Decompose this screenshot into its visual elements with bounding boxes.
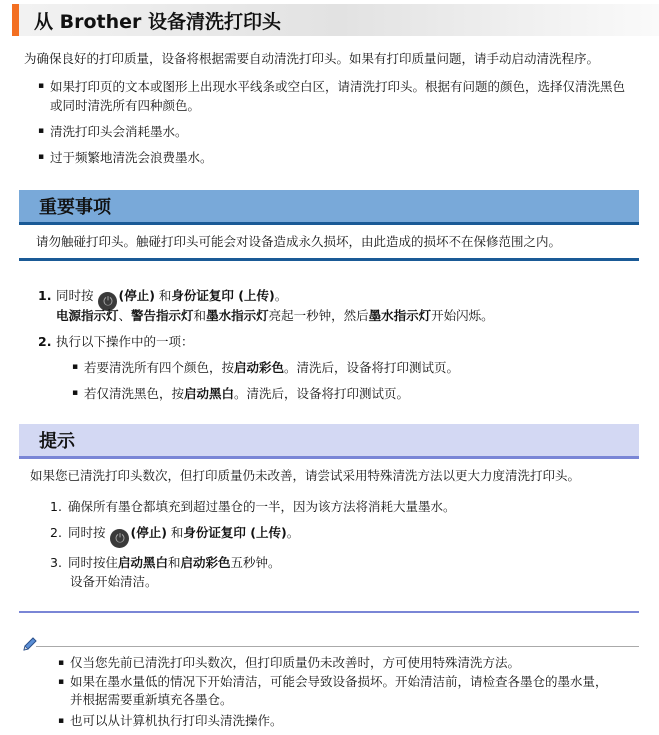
tip-bottom-rule bbox=[19, 611, 639, 613]
note-divider bbox=[36, 646, 639, 647]
important-header: 重要事项 bbox=[19, 190, 639, 225]
power-stop-icon: ⏻ bbox=[110, 529, 129, 548]
note-bullet: 如果在墨水量低的情况下开始清洁，可能会导致设备损坏。开始清洁前，请检查各墨仓的墨… bbox=[58, 673, 618, 709]
tip-step-2: 2. 同时按 ⏻(停止) 和身份证复印 (上传)。 bbox=[50, 523, 299, 548]
intro-bullet: 如果打印页的文本或图形上出现水平线条或空白区，请清洗打印头。根据有问题的颜色，选… bbox=[38, 77, 628, 115]
tip-step-3: 3. 同时按住启动黑白和启动彩色五秒钟。 bbox=[50, 553, 281, 572]
step-2-option: 若仅清洗黑色，按启动黑白。清洗后，设备将打印测试页。 bbox=[72, 384, 409, 403]
step-2: 2. 执行以下操作中的一项： bbox=[38, 332, 194, 351]
step-2-option: 若要清洗所有四个颜色，按启动彩色。清洗后，设备将打印测试页。 bbox=[72, 358, 459, 377]
important-text: 请勿触碰打印头。触碰打印头可能会对设备造成永久损坏，由此造成的损坏不在保修范围之… bbox=[36, 233, 561, 251]
step-1-result: 电源指示灯、警告指示灯和墨水指示灯亮起一秒钟，然后墨水指示灯开始闪烁。 bbox=[56, 306, 494, 325]
note-bullet: 也可以从计算机执行打印头清洗操作。 bbox=[58, 712, 618, 730]
tip-step-1: 1. 确保所有墨仓都填充到超过墨仓的一半，因为该方法将消耗大量墨水。 bbox=[50, 497, 456, 516]
tip-step-3-result: 设备开始清洁。 bbox=[70, 572, 158, 591]
tip-text: 如果您已清洗打印头数次，但打印质量仍未改善，请尝试采用特殊清洗方法以更大力度清洗… bbox=[30, 467, 580, 485]
note-bullet: 仅当您先前已清洗打印头数次，但打印质量仍未改善时，方可使用特殊清洗方法。 bbox=[58, 654, 618, 672]
page-title: 从 Brother 设备清洗打印头 bbox=[34, 7, 281, 34]
pencil-note-icon bbox=[22, 636, 38, 652]
intro-bullet: 过于频繁地清洗会浪费墨水。 bbox=[38, 148, 628, 167]
important-heading: 重要事项 bbox=[39, 193, 111, 219]
intro-text: 为确保良好的打印质量，设备将根据需要自动清洗打印头。如果有打印质量问题，请手动启… bbox=[24, 50, 599, 68]
important-bottom-rule bbox=[19, 258, 639, 261]
page-title-bar: 从 Brother 设备清洗打印头 bbox=[12, 4, 659, 36]
intro-bullet: 清洗打印头会消耗墨水。 bbox=[38, 122, 628, 141]
tip-header: 提示 bbox=[19, 424, 639, 459]
tip-heading: 提示 bbox=[39, 427, 75, 453]
